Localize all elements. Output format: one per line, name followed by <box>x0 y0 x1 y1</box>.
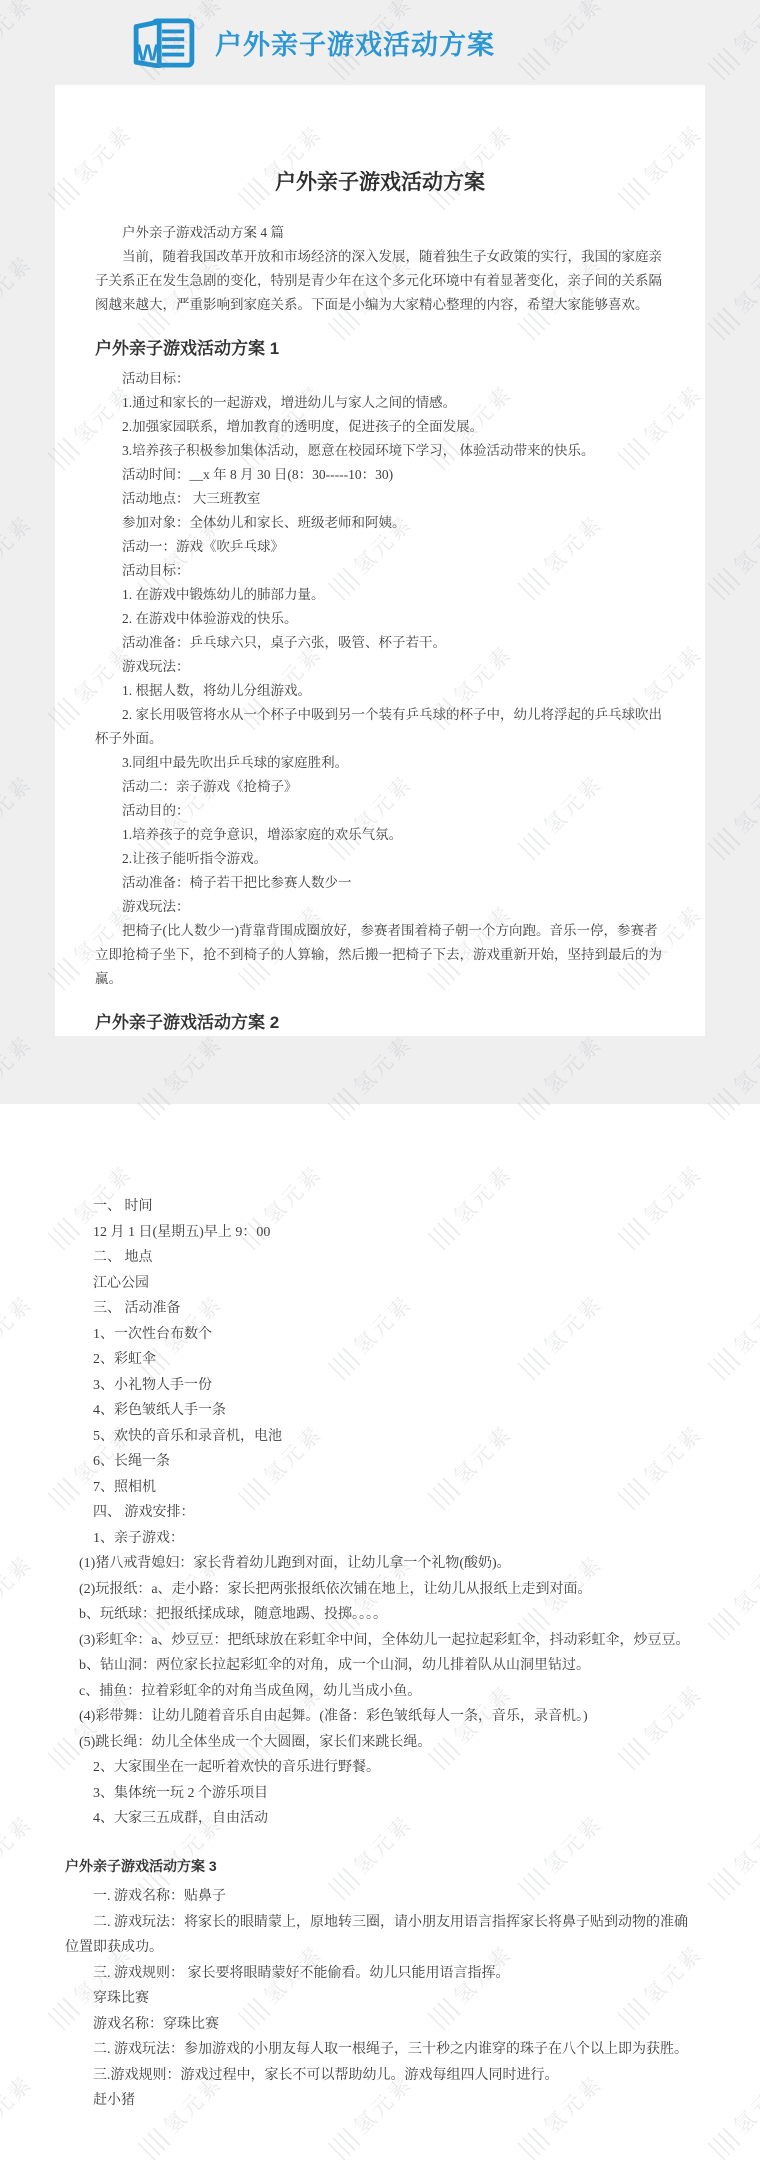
document-line: 7、照相机 <box>65 1475 690 1501</box>
section-heading: 户外亲子游戏活动方案 1 <box>95 335 665 363</box>
document-line: 活动准备：乒乓球六只，桌子六张，吸管、杯子若干。 <box>95 631 665 655</box>
page-2-body: 一、 时间12 月 1 日(星期五)早上 9：00二、 地点江心公园三、 活动准… <box>65 1194 690 2114</box>
document-line: 6、长绳一条 <box>65 1449 690 1475</box>
document-line: 三、 活动准备 <box>65 1296 690 1322</box>
section-heading: 户外亲子游戏活动方案 3 <box>65 1854 690 1880</box>
document-line: 1. 根据人数，将幼儿分组游戏。 <box>95 679 665 703</box>
document-line: 江心公园 <box>65 1271 690 1297</box>
document-line: 赶小猪 <box>65 2088 690 2114</box>
document-line: 4、大家三五成群，自由活动 <box>65 1806 690 1832</box>
document-line: 2. 在游戏中体验游戏的快乐。 <box>95 607 665 631</box>
document-line: 游戏名称：穿珠比赛 <box>65 2012 690 2038</box>
svg-text:W: W <box>137 39 159 65</box>
document-line: (4)彩带舞：让幼儿随着音乐自由起舞。(准备：彩色皱纸每人一条，音乐，录音机。) <box>65 1704 690 1730</box>
top-gray-zone: W 户外亲子游戏活动方案 户外亲子游戏活动方案 户外亲子游戏活动方案 4 篇当前… <box>0 0 760 1104</box>
site-logo[interactable]: W 户外亲子游戏活动方案 <box>133 18 495 68</box>
document-line: 3、小礼物人手一份 <box>65 1373 690 1399</box>
document-line: 1.通过和家长的一起游戏，增进幼儿与家人之间的情感。 <box>95 391 665 415</box>
document-line: 1、亲子游戏： <box>65 1526 690 1552</box>
document-line: 1.培养孩子的竞争意识，增添家庭的欢乐气氛。 <box>95 823 665 847</box>
document-line: 游戏玩法： <box>95 895 665 919</box>
document-line: 四、 游戏安排： <box>65 1500 690 1526</box>
document-line: 4、彩色皱纸人手一条 <box>65 1398 690 1424</box>
document-line: 当前，随着我国改革开放和市场经济的深入发展，随着独生子女政策的实行，我国的家庭亲… <box>95 245 665 317</box>
document-line: 3.同组中最先吹出乒乓球的家庭胜利。 <box>95 751 665 775</box>
site-header: W 户外亲子游戏活动方案 <box>0 0 760 85</box>
document-line: 把椅子(比人数少一)背靠背围成圈放好，参赛者围着椅子朝一个方向跑。音乐一停，参赛… <box>95 919 665 991</box>
document-page-2: 一、 时间12 月 1 日(星期五)早上 9：00二、 地点江心公园三、 活动准… <box>0 1104 760 2178</box>
document-line: 2、彩虹伞 <box>65 1347 690 1373</box>
document-line: 2、大家围坐在一起听着欢快的音乐进行野餐。 <box>65 1755 690 1781</box>
document-line: 二. 游戏玩法：参加游戏的小朋友每人取一根绳子，三十秒之内谁穿的珠子在八个以上即… <box>65 2037 690 2063</box>
document-line: 活动时间：__x 年 8 月 30 日(8：30-----10：30) <box>95 463 665 487</box>
document-line: 二. 游戏玩法：将家长的眼睛蒙上，原地转三圈，请小朋友用语言指挥家长将鼻子贴到动… <box>65 1910 690 1961</box>
site-title: 户外亲子游戏活动方案 <box>215 23 495 62</box>
document-line: 活动地点： 大三班教室 <box>95 487 665 511</box>
document-line: b、钻山洞：两位家长拉起彩虹伞的对角，成一个山洞，幼儿排着队从山洞里钻过。 <box>65 1653 690 1679</box>
document-line: 2.加强家园联系，增加教育的透明度，促进孩子的全面发展。 <box>95 415 665 439</box>
page-1-body: 户外亲子游戏活动方案 4 篇当前，随着我国改革开放和市场经济的深入发展，随着独生… <box>95 221 665 1036</box>
document-line: (3)彩虹伞：a、炒豆豆：把纸球放在彩虹伞中间，全体幼儿一起拉起彩虹伞，抖动彩虹… <box>65 1628 690 1654</box>
document-page-1: 户外亲子游戏活动方案 户外亲子游戏活动方案 4 篇当前，随着我国改革开放和市场经… <box>55 85 705 1036</box>
document-line: 游戏玩法： <box>95 655 665 679</box>
document-line: 户外亲子游戏活动方案 4 篇 <box>95 221 665 245</box>
document-line: 1、一次性台布数个 <box>65 1322 690 1348</box>
document-line: 二、 地点 <box>65 1245 690 1271</box>
document-line: (5)跳长绳：幼儿全体坐成一个大圆圈，家长们来跳长绳。 <box>65 1730 690 1756</box>
document-line: 活动目标： <box>95 559 665 583</box>
document-line: 5、欢快的音乐和录音机，电池 <box>65 1424 690 1450</box>
document-title: 户外亲子游戏活动方案 <box>95 167 665 197</box>
section-heading: 户外亲子游戏活动方案 2 <box>95 1009 665 1036</box>
document-line: 穿珠比赛 <box>65 1986 690 2012</box>
document-line: 活动一：游戏《吹乒乓球》 <box>95 535 665 559</box>
document-line: 3.培养孩子积极参加集体活动，愿意在校园环境下学习， 体验活动带来的快乐。 <box>95 439 665 463</box>
document-line: 三.游戏规则：游戏过程中，家长不可以帮助幼儿。游戏每组四人同时进行。 <box>65 2063 690 2089</box>
document-line: 2.让孩子能听指令游戏。 <box>95 847 665 871</box>
document-line: b、玩纸球：把报纸揉成球，随意地踢、投掷。。。。 <box>65 1602 690 1628</box>
document-line: 活动二：亲子游戏《抢椅子》 <box>95 775 665 799</box>
document-line: 3、集体统一玩 2 个游乐项目 <box>65 1781 690 1807</box>
document-line: c、捕鱼：拉着彩虹伞的对角当成鱼网，幼儿当成小鱼。 <box>65 1679 690 1705</box>
document-line: 三. 游戏规则： 家长要将眼睛蒙好不能偷看。幼儿只能用语言指挥。 <box>65 1961 690 1987</box>
document-line: 2. 家长用吸管将水从一个杯子中吸到另一个装有乒乓球的杯子中，幼儿将浮起的乒乓球… <box>95 703 665 751</box>
document-line: 活动目标： <box>95 367 665 391</box>
document-line: (2)玩报纸：a、走小路：家长把两张报纸依次铺在地上，让幼儿从报纸上走到对面。 <box>65 1577 690 1603</box>
document-line: 1. 在游戏中锻炼幼儿的肺部力量。 <box>95 583 665 607</box>
document-line: 活动准备：椅子若干把比参赛人数少一 <box>95 871 665 895</box>
document-line: 12 月 1 日(星期五)早上 9：00 <box>65 1220 690 1246</box>
document-line: 活动目的： <box>95 799 665 823</box>
word-document-icon: W <box>133 18 195 68</box>
document-line: 一、 时间 <box>65 1194 690 1220</box>
document-line: (1)猪八戒背媳妇：家长背着幼儿跑到对面，让幼儿拿一个礼物(酸奶)。 <box>65 1551 690 1577</box>
document-line: 参加对象：全体幼儿和家长、班级老师和阿姨。 <box>95 511 665 535</box>
document-line: 一. 游戏名称：贴鼻子 <box>65 1884 690 1910</box>
